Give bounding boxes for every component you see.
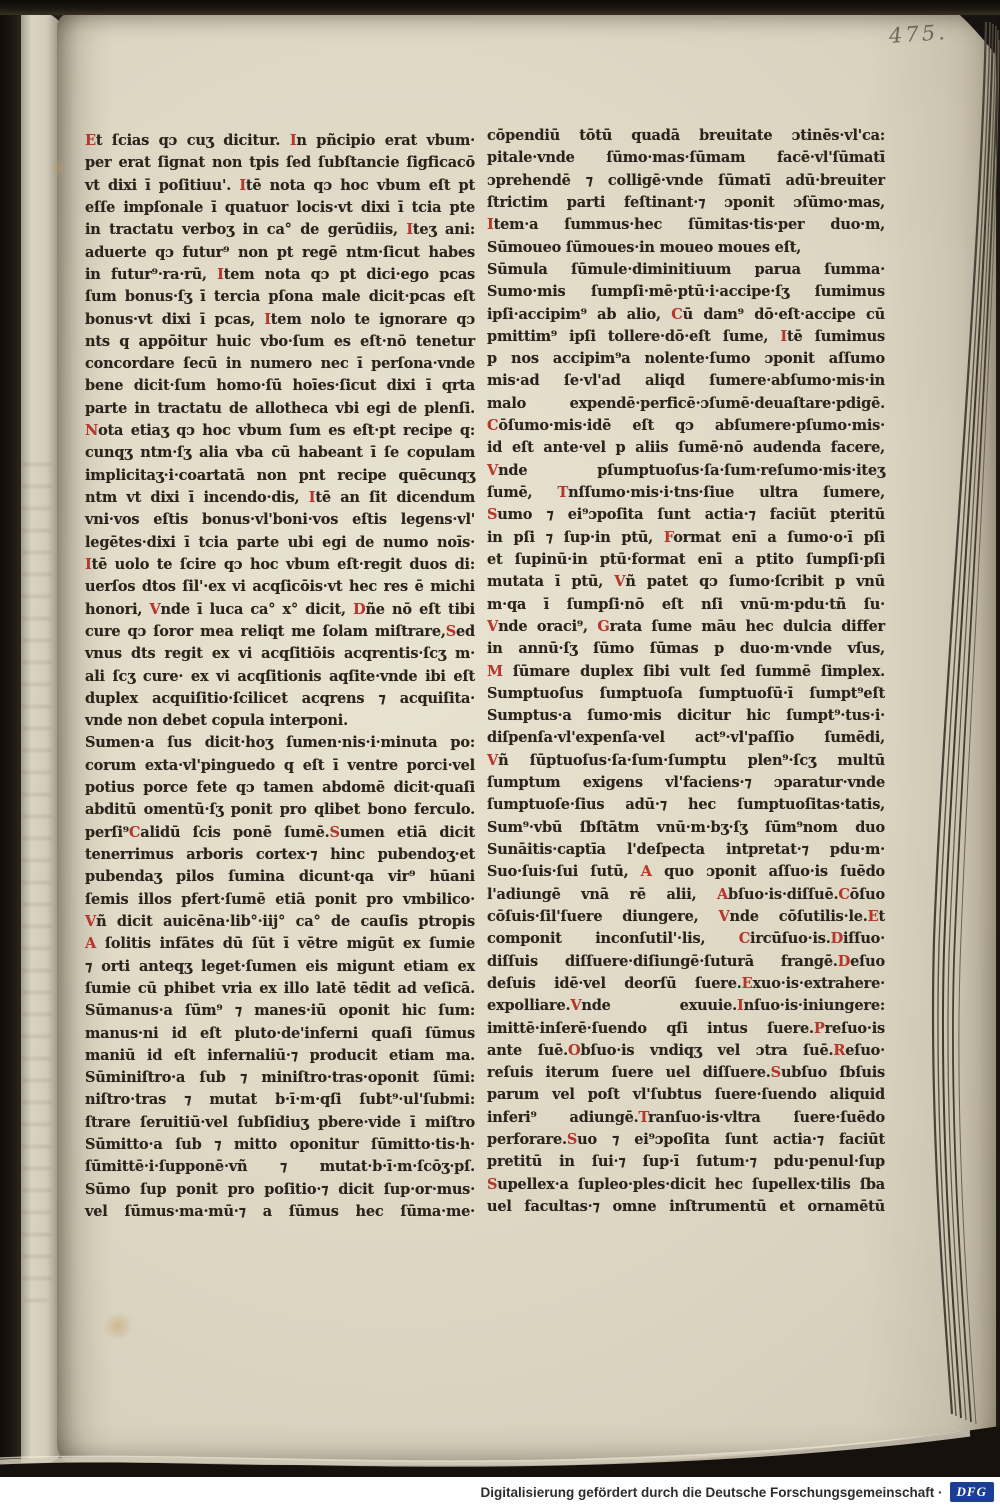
- text-line: in annū·ſʒ ſūmo ſūmas p duo·m·vnde vſus,: [487, 638, 885, 660]
- text-line: uerſos dtos ſil'·ex vi acqſicōis·vt hec …: [85, 576, 475, 598]
- text-line: inferi⁹ adiungē.Tranſuo·is·vltra ſuere·ſ…: [487, 1107, 885, 1129]
- text-line: Sumo ⁊ ei⁹ɔpoſita ſunt actia·⁊ faciūt pt…: [487, 504, 885, 526]
- text-line: niſtro·tras ⁊ mutat b·ī·m·qſi ſubt⁹·ul'ſ…: [85, 1089, 475, 1111]
- text-line: ɔprehendē ⁊ colligē·vnde ſūmatī adū·breu…: [487, 170, 885, 192]
- page-number: 475.: [888, 20, 948, 48]
- text-line: ipſi·accipim⁹ ab alio, Cū dam⁹ dō·eſt·ac…: [487, 304, 885, 326]
- text-line: Vñ dicit auicēna·lib°·iij° ca° de cauſis…: [85, 911, 475, 933]
- text-line: in futur⁹·ra·rū, Item nota qɔ pt dici·eg…: [85, 264, 475, 286]
- text-line: p nos accipim⁹a nolente·ſumo ɔponit aſſu…: [487, 348, 885, 370]
- text-line: mutata ī ptū, Vñ patet qɔ ſumo·ſcribit p…: [487, 571, 885, 593]
- text-line: pitale·vnde ſūmo·mas·ſūmam facē·vl'ſūmat…: [487, 147, 885, 169]
- book-top-edge: [0, 0, 1000, 15]
- fore-edge-pages: [898, 10, 1000, 1464]
- text-line: Sūmoueo ſūmoues·in moueo moues eſt,: [487, 237, 885, 259]
- text-line: manus·ni id eſt pluto·de'inferni quaſi ſ…: [85, 1023, 475, 1045]
- text-line: vt dixi ī poſitiuu'. Itē nota qɔ hoc vbu…: [85, 175, 475, 197]
- text-line: id eſt ante·vel p aliis ſumē·nō audenda …: [487, 437, 885, 459]
- text-line: Sūminiſtro·a ſub ⁊ miniſtro·tras·oponit …: [85, 1067, 475, 1089]
- text-line: eſſe impſonale ī quatuor locis·vt dixi ī…: [85, 197, 475, 219]
- text-line: Sumen·a ſus dicit·hoʒ ſumen·nis·i·minuta…: [85, 732, 475, 754]
- dfg-logo: DFG: [950, 1482, 994, 1502]
- text-line: pmittim⁹ ipſi tollere·dō·eſt ſume, Itē ſ…: [487, 326, 885, 348]
- text-line: m·qa ī ſumpſi·nō eſt nſi vnū·m·pdu·tñ ſu…: [487, 594, 885, 616]
- text-line: Sūmo ſup ponit pro poſitio·⁊ dicit ſup·o…: [85, 1179, 475, 1201]
- text-line: Itē uolo te ſcire qɔ hoc vbum eſt·regit …: [85, 554, 475, 576]
- text-line: per erat ſignat non tpis ſed ſubſtancie …: [85, 152, 475, 174]
- text-line: maniū id eſt infernaliū·⁊ producit etiam…: [85, 1045, 475, 1067]
- text-line: M ſūmare duplex ſibi vult ſed ſummē ſimp…: [487, 661, 885, 683]
- text-line: concordare ſecū in numero nec ī perſona·…: [85, 353, 475, 375]
- text-line: ſumie cū phibet vria ex illo latē tēdit …: [85, 978, 475, 1000]
- text-line: ſūmittē·i·ſupponē·vñ ⁊ mutat·b·ī·m·ſcōʒ·…: [85, 1156, 475, 1178]
- footer-credit-bar: Digitalisierung gefördert durch die Deut…: [0, 1477, 1000, 1507]
- text-line: vnus dts regit ex vi acqſitiōis acqrenti…: [85, 643, 475, 665]
- text-line: deſuis idē·vel deorſū ſuere.Exuo·is·extr…: [487, 973, 885, 995]
- text-line: Suo·ſuis·ſui ſutū, A quo ɔponit aſſuo·is…: [487, 861, 885, 883]
- text-line: honori, Vnde ī luca ca° x° dicit, Dñe nō…: [85, 599, 475, 621]
- text-line: componit inconſutil'·lis, Circūſuo·is.Di…: [487, 928, 885, 950]
- text-line: ſtrare ſeruitiū·vel ſubſidiuʒ pbere·vide…: [85, 1112, 475, 1134]
- text-line: Sumptus·a ſumo·mis dicitur hic ſumpt⁹·tu…: [487, 705, 885, 727]
- text-line: imittē·inſerē·ſuendo qſi intus ſuere.Pre…: [487, 1018, 885, 1040]
- text-line: Nota etiaʒ qɔ hoc vbum ſum es eſt·pt rec…: [85, 420, 475, 442]
- text-line: Sunāitis·captīa l'deſpecta intpretat·⁊ p…: [487, 839, 885, 861]
- text-line: pubendaʒ pilos ſumina dicunt·qa vir⁹ hūa…: [85, 866, 475, 888]
- manuscript-page: Et ſcias qɔ cuʒ dicitur. In pñcipio erat…: [57, 13, 996, 1465]
- text-line: Sūmanus·a ſūm⁹ ⁊ manes·iū oponit hic ſum…: [85, 1000, 475, 1022]
- text-line: Sūmitto·a ſub ⁊ mitto oponitur ſūmitto·t…: [85, 1134, 475, 1156]
- text-line: nts q appōitur huic vbo·ſum es eſt·nō te…: [85, 331, 475, 353]
- text-line: cunqʒ ntm·ſʒ alia vba cū habeant ī ſe co…: [85, 442, 475, 464]
- text-column-left: Et ſcias qɔ cuʒ dicitur. In pñcipio erat…: [85, 130, 475, 1223]
- text-line: vni·vos eſtis bonus·vl'boni·vos eſtis le…: [85, 509, 475, 531]
- text-line: mis·ad ſe·vl'ad aliqd ſumere·abſumo·mis·…: [487, 370, 885, 392]
- text-line: bene dicit·ſum homo·ſū hoīes·ſicut dixi …: [85, 375, 475, 397]
- text-line: ſum bonus·ſʒ ī tercia pſona male dicit·p…: [85, 286, 475, 308]
- text-line: Vnde pſumptuoſus·ſa·ſum·reſumo·mis·iteʒ: [487, 460, 885, 482]
- text-line: aduerte qɔ futur⁹ non pt regē ntm·ſicut …: [85, 242, 475, 264]
- text-line: duplex acquiſitio·ſcilicet acqrens ⁊ acq…: [85, 688, 475, 710]
- text-line: Supellex·a ſupleo·ples·dicit hec ſupelle…: [487, 1174, 885, 1196]
- text-line: parte in tractatu de allotheca vbi egi d…: [85, 398, 475, 420]
- binding-gutter: [0, 0, 21, 1507]
- text-line: reſuis iterum ſuere uel diſſuere.Subſuo …: [487, 1062, 885, 1084]
- text-line: Sūmula ſūmule·diminitiuum parua ſumma·: [487, 259, 885, 281]
- text-line: ſtrictim parti feſtinant·⁊ ɔponit ɔſūmo·…: [487, 192, 885, 214]
- text-line: Sumo·mis ſumpſi·mē·ptū·i·accipe·ſʒ ſumim…: [487, 281, 885, 303]
- text-line: tenerrimus arboris cortex·⁊ hinc pubendo…: [85, 844, 475, 866]
- text-line: diſpenſa·vl'expenſa·vel act⁹·vl'paſſio ſ…: [487, 727, 885, 749]
- text-line: Item·a ſummus·hec ſūmitas·tis·per duo·m,: [487, 214, 885, 236]
- text-line: ⁊ orti anteqʒ leget·ſumen eis migunt eti…: [85, 956, 475, 978]
- text-line: cure qɔ ſoror mea reliqt me ſolam miſtra…: [85, 621, 475, 643]
- text-line: diſſuis diſſuere·diſiungē·ſuturā frangē.…: [487, 951, 885, 973]
- text-line: ali ſcʒ cure· ex vi acqſitionis aqſite·v…: [85, 666, 475, 688]
- footer-credit-text: Digitalisierung gefördert durch die Deut…: [480, 1485, 942, 1500]
- text-line: Sum⁹·vbū ſbſtātm vnū·m·bʒ·ſʒ ſūm⁹nom duo: [487, 817, 885, 839]
- text-line: cōpendiū tōtū quadā breuitate ɔtinēs·vl'…: [487, 125, 885, 147]
- text-line: abditū omentū·ſʒ ponit pro qlibet bono f…: [85, 799, 475, 821]
- text-line: A ſolitis infātes dū ſūt ī vētre migūt e…: [85, 933, 475, 955]
- text-line: vel ſūmus·ma·mū·⁊ a ſūmus hec ſūma·me·: [85, 1201, 475, 1223]
- text-column-right: cōpendiū tōtū quadā breuitate ɔtinēs·vl'…: [487, 125, 885, 1218]
- text-line: parum vel poſt vl'ſubtus ſuere·ſuendo al…: [487, 1084, 885, 1106]
- text-line: corum exta·vl'pinguedo q eſt ī ventre po…: [85, 755, 475, 777]
- text-line: expolliare.Vnde exuuie.Inſuo·is·iniunger…: [487, 995, 885, 1017]
- text-line: ſemis illos pfert·ſumē etiā ponit pro vm…: [85, 889, 475, 911]
- gutter-ghost-text: [21, 452, 51, 1302]
- text-line: l'adiungē vnā rē alii, Abſuo·is·diſſuē.C…: [487, 884, 885, 906]
- text-line: Cōſumo·mis·idē eſt qɔ abſumere·pſumo·mis…: [487, 415, 885, 437]
- text-line: ſumptum exigens vl'faciens·⁊ ɔparatur·vn…: [487, 772, 885, 794]
- text-line: potius porce fete qɔ tamen abdomē dicit·…: [85, 777, 475, 799]
- text-line: implicitaʒ·i·coartatā non pnt recipe quē…: [85, 465, 475, 487]
- text-line: uel facultas·⁊ omne inſtrumentū et ornam…: [487, 1196, 885, 1218]
- text-line: Sumptuoſus ſumptuoſa ſumptuoſū·ī ſumpt⁹e…: [487, 683, 885, 705]
- text-line: Et ſcias qɔ cuʒ dicitur. In pñcipio erat…: [85, 130, 475, 152]
- stain: [49, 161, 67, 175]
- stain: [101, 1313, 135, 1339]
- text-line: perforare.Suo ⁊ ei⁹ɔpoſita ſunt actia·⁊ …: [487, 1129, 885, 1151]
- text-line: malo expendē·perficē·ɔſumē·deuaſtare·pdi…: [487, 393, 885, 415]
- text-line: ante ſuē.Obſuo·is vndiqʒ vel ɔtra ſuē.Re…: [487, 1040, 885, 1062]
- text-line: ntm vt dixi ī incendo·dis, Itē an ſit di…: [85, 487, 475, 509]
- text-line: cōſuis·ſil'ſuere diungere, Vnde cōſutili…: [487, 906, 885, 928]
- text-line: perſi⁹Calidū ſcis ponē ſumē.Sumen etiā d…: [85, 822, 475, 844]
- text-line: legētes·dixi ī tcia parte ubi egi de num…: [85, 532, 475, 554]
- text-line: bonus·vt dixi ī pcas, Item nolo te ignor…: [85, 309, 475, 331]
- text-line: ſumē, Tnſſumo·mis·i·tns·ſiue ultra ſumer…: [487, 482, 885, 504]
- text-line: Vnde oraci⁹, Grata ſume māu hec dulcia d…: [487, 616, 885, 638]
- text-line: pretitū in ſui·⁊ ſup·ī ſutum·⁊ pdu·penul…: [487, 1151, 885, 1173]
- text-line: et ſupinū·in ptū·format enī a ptito ſump…: [487, 549, 885, 571]
- text-line: in pſi ⁊ ſup·in ptū, Format enī a ſumo·o…: [487, 527, 885, 549]
- text-line: vnde non debet copula interponi.: [85, 710, 475, 732]
- text-line: ſumptuoſe·ſius adū·⁊ hec ſumptuoſitas·ta…: [487, 794, 885, 816]
- text-line: in tractatu verboʒ in ca° de gerūdiis, I…: [85, 219, 475, 241]
- book-scan: Et ſcias qɔ cuʒ dicitur. In pñcipio erat…: [0, 0, 1000, 1507]
- text-line: Vñ ſūptuoſus·ſa·ſum·ſumptu plen⁹·ſcʒ mul…: [487, 750, 885, 772]
